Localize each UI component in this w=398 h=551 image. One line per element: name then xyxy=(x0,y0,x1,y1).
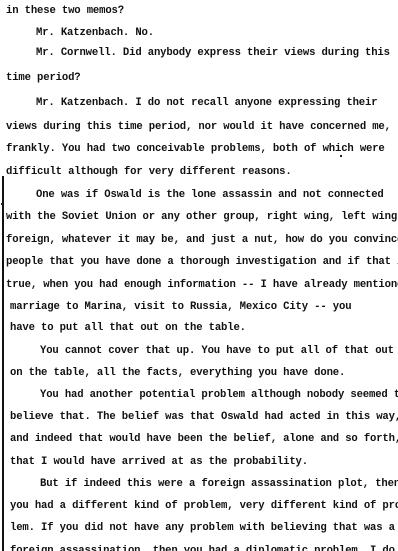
transcript-line: marriage to Marina, visit to Russia, Mex… xyxy=(10,301,351,313)
document-page: in these two memos?Mr. Katzenbach. No.Mr… xyxy=(0,0,398,551)
transcript-line: people that you have done a thorough inv… xyxy=(6,256,398,268)
scan-speck xyxy=(340,155,342,157)
transcript-line: views during this time period, nor would… xyxy=(6,121,391,133)
transcript-line: in these two memos? xyxy=(6,5,124,17)
transcript-line: Mr. Katzenbach. No. xyxy=(36,27,154,39)
transcript-line: on the table, all the facts, everything … xyxy=(10,367,345,379)
transcript-line: time period? xyxy=(6,72,81,84)
transcript-line: You had another potential problem althou… xyxy=(40,389,398,401)
transcript-line: But if indeed this were a foreign assass… xyxy=(40,478,398,490)
transcript-line: foreign, whatever it may be, and just a … xyxy=(6,234,398,246)
transcript-line: difficult although for very different re… xyxy=(6,166,292,178)
transcript-line: have to put all that out on the table. xyxy=(10,322,246,334)
transcript-line: One was if Oswald is the lone assassin a… xyxy=(36,189,384,201)
transcript-line: true, when you had enough information --… xyxy=(6,279,398,291)
transcript-line: frankly. You had two conceivable problem… xyxy=(6,143,385,155)
left-margin-rule xyxy=(2,176,4,551)
transcript-line: foreign assassination, then you had a di… xyxy=(10,545,395,551)
transcript-line: you had a different kind of problem, ver… xyxy=(10,500,398,512)
transcript-line: Mr. Katzenbach. I do not recall anyone e… xyxy=(36,97,377,109)
transcript-line: You cannot cover that up. You have to pu… xyxy=(40,345,394,357)
transcript-line: Mr. Cornwell. Did anybody express their … xyxy=(36,47,390,59)
transcript-line: with the Soviet Union or any other group… xyxy=(6,211,398,223)
transcript-line: believe that. The belief was that Oswald… xyxy=(10,411,398,423)
scan-speck xyxy=(1,203,3,205)
transcript-line: that I would have arrived at as the prob… xyxy=(10,456,308,468)
transcript-line: lem. If you did not have any problem wit… xyxy=(10,522,395,534)
transcript-line: and indeed that would have been the beli… xyxy=(10,433,398,445)
